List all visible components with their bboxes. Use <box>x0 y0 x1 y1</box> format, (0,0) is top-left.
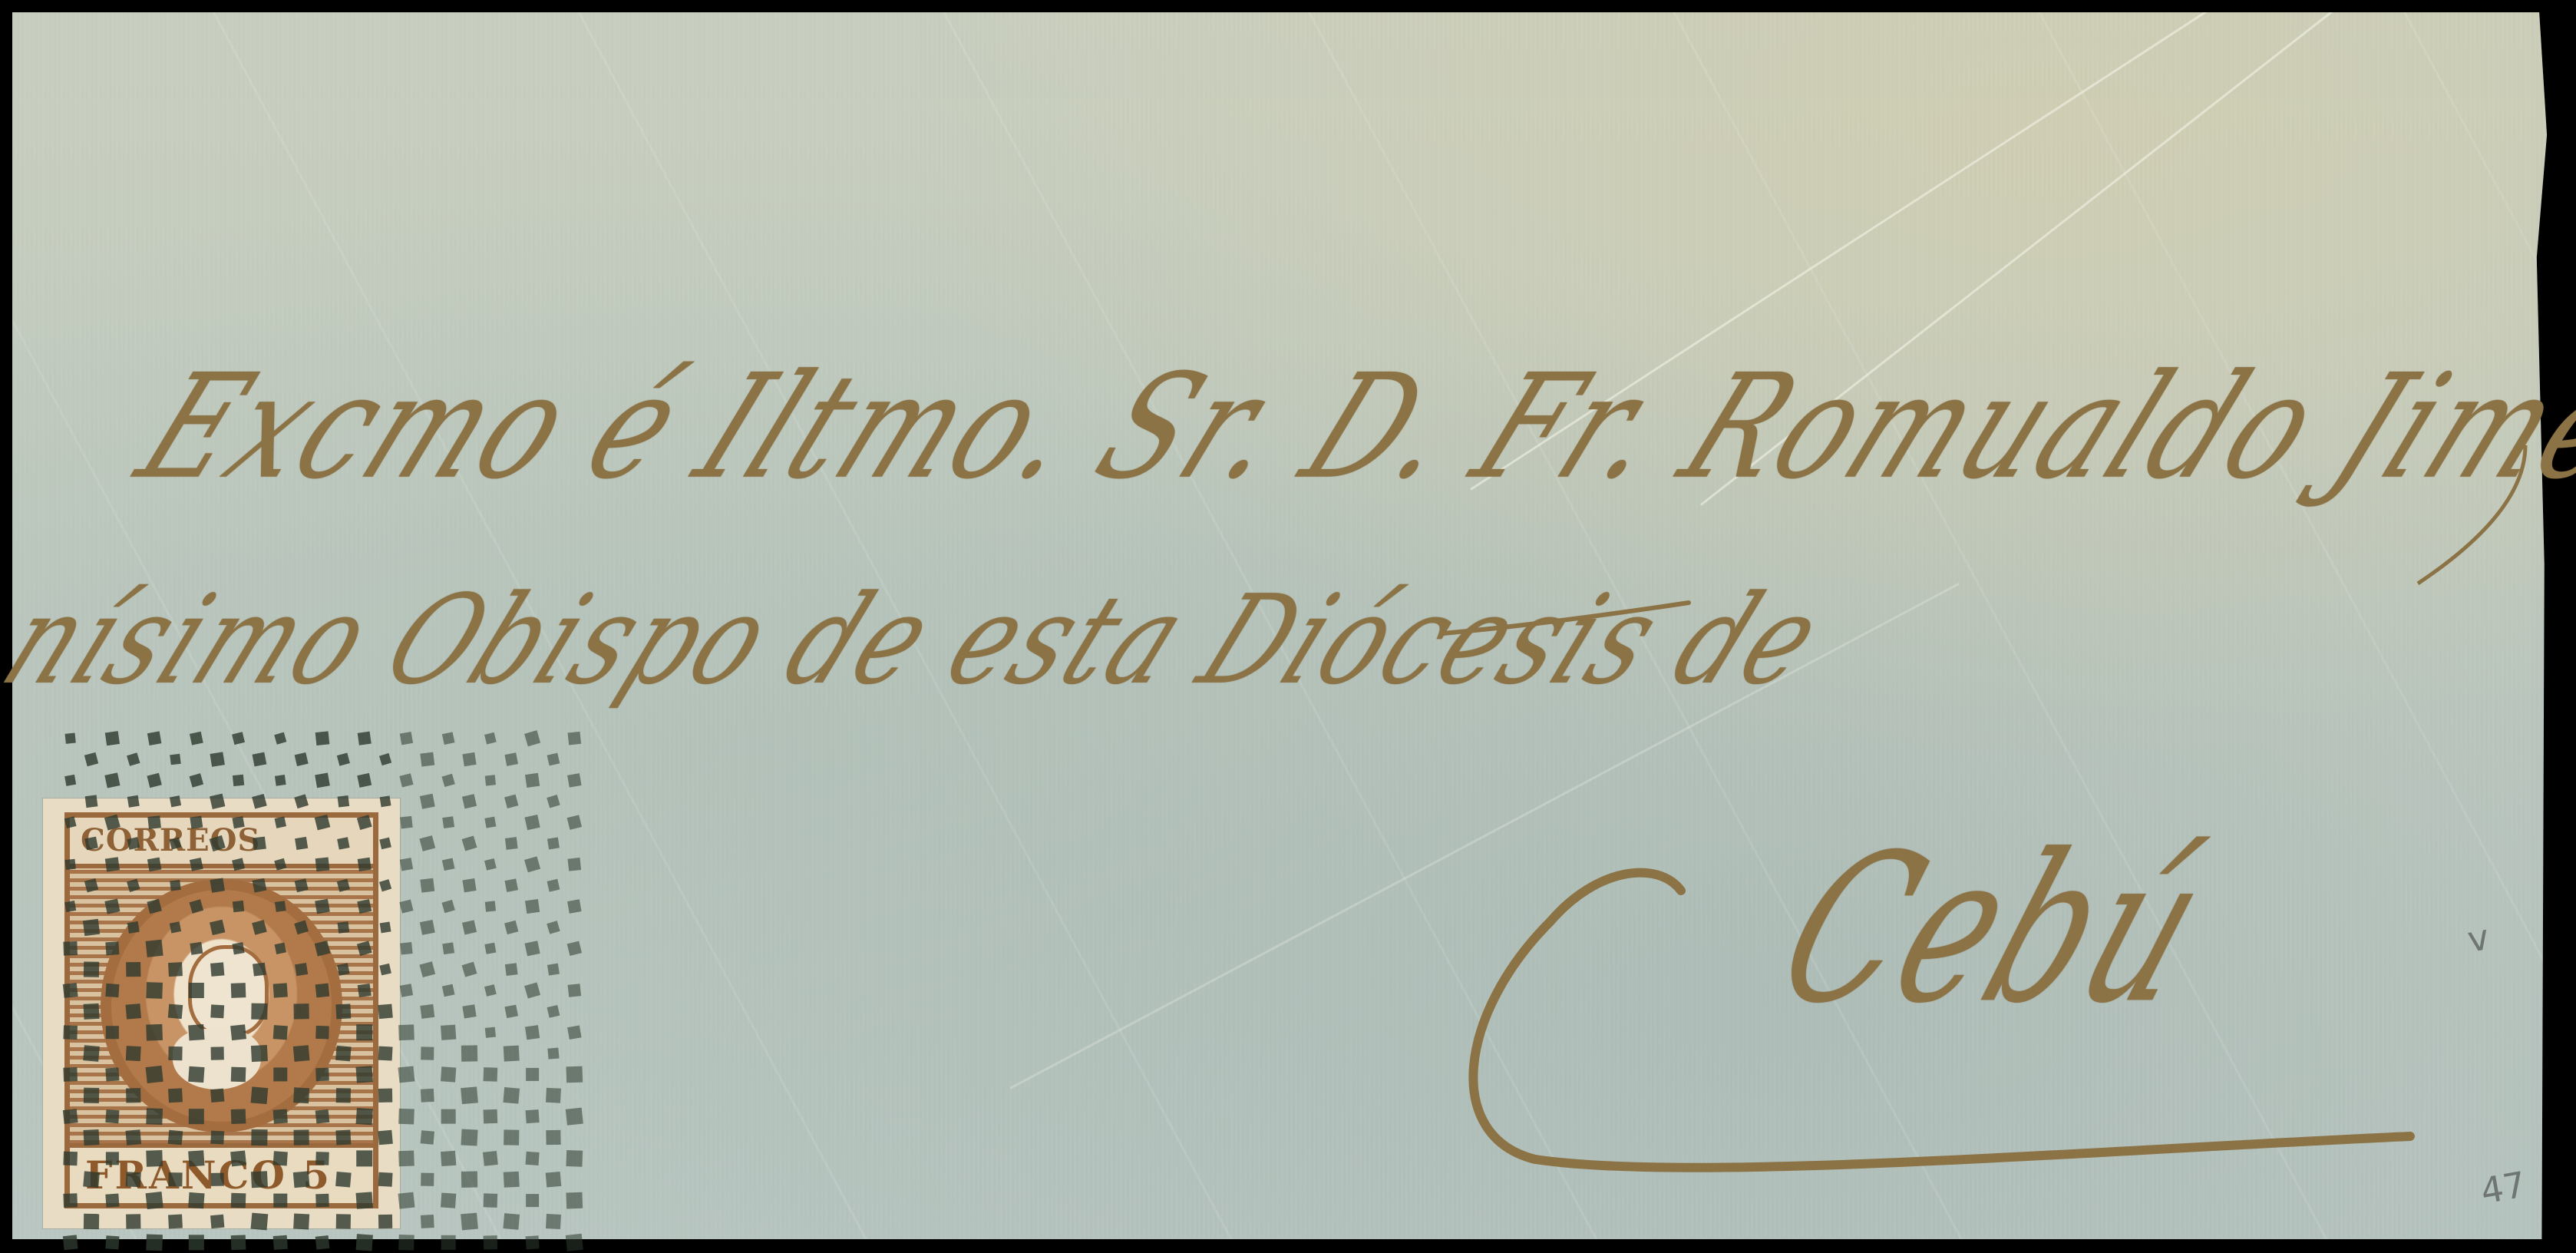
stamp-value-label: FRANCO 5 C <box>70 1143 373 1203</box>
pencil-mark-bottom-right: 47 <box>2478 1163 2529 1212</box>
stamp-portrait-bust <box>173 1029 261 1089</box>
stamp-design: CORREOS FRANCO 5 C <box>64 812 378 1208</box>
postage-stamp: CORREOS FRANCO 5 C <box>43 798 400 1228</box>
stamp-top-label: CORREOS <box>70 818 373 868</box>
stamp-portrait-head <box>188 945 269 1036</box>
stamp-portrait-oval <box>101 879 342 1132</box>
